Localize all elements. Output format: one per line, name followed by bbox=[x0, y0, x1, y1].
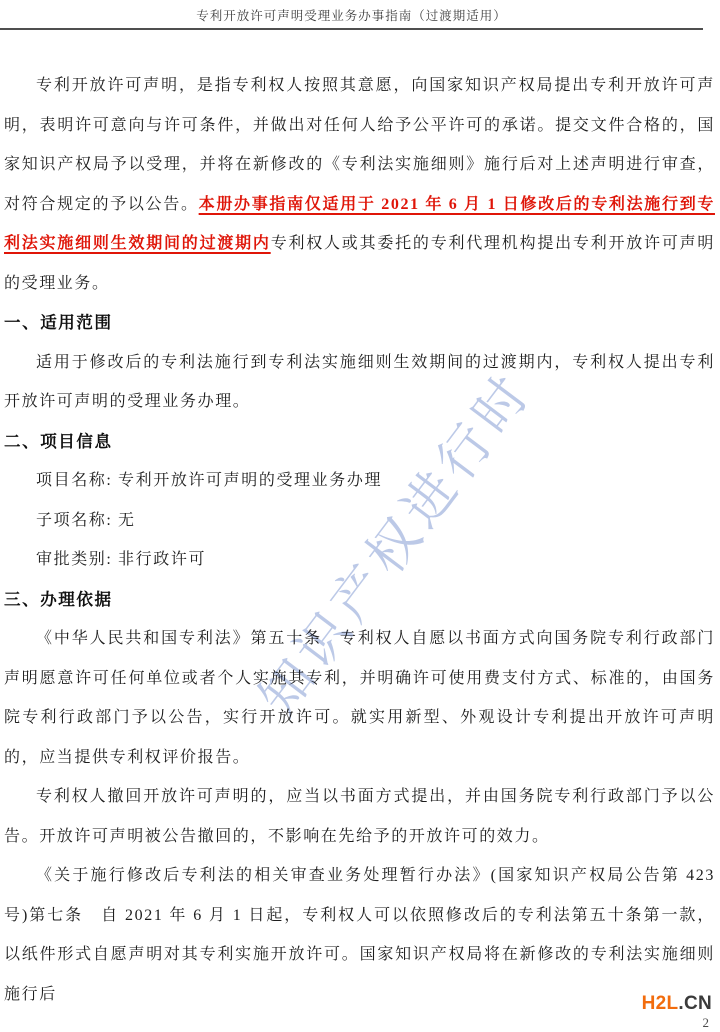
section-heading-scope: 一、适用范围 bbox=[4, 303, 715, 343]
section-heading-project-info: 二、项目信息 bbox=[4, 422, 715, 462]
document-body: 专利开放许可声明，是指专利权人按照其意愿，向国家知识产权局提出专利开放许可声明，… bbox=[0, 30, 720, 1014]
scope-paragraph: 适用于修改后的专利法施行到专利法实施细则生效期间的过渡期内，专利权人提出专利开放… bbox=[4, 343, 715, 422]
site-logo-secondary: .CN bbox=[678, 993, 712, 1014]
document-page: 知识产权进行时 专利开放许可声明受理业务办事指南（过渡期适用） 专利开放许可声明… bbox=[0, 0, 720, 1032]
sub-item-name-line: 子项名称: 无 bbox=[4, 501, 715, 541]
site-logo: H2L.CN bbox=[642, 993, 712, 1015]
legal-basis-paragraph-3: 《关于施行修改后专利法的相关审查业务处理暂行办法》(国家知识产权局公告第 423… bbox=[4, 856, 715, 1014]
site-logo-primary: H2L bbox=[642, 993, 679, 1014]
page-header-title: 专利开放许可声明受理业务办事指南（过渡期适用） bbox=[0, 6, 703, 24]
intro-text-before-highlight: 专利开放许可声明，是指专利权人按照其意愿，向国家知识产权局提出专利开放许可声明，… bbox=[4, 77, 715, 213]
legal-basis-paragraph-1: 《中华人民共和国专利法》第五十条 专利权人自愿以书面方式向国务院专利行政部门声明… bbox=[4, 619, 715, 777]
approval-category-line: 审批类别: 非行政许可 bbox=[4, 540, 715, 580]
legal-basis-paragraph-2: 专利权人撤回开放许可声明的，应当以书面方式提出，并由国务院专利行政部门予以公告。… bbox=[4, 777, 715, 856]
section-heading-legal-basis: 三、办理依据 bbox=[4, 580, 715, 620]
page-number: 2 bbox=[703, 1015, 710, 1031]
intro-paragraph: 专利开放许可声明，是指专利权人按照其意愿，向国家知识产权局提出专利开放许可声明，… bbox=[4, 66, 715, 303]
project-name-line: 项目名称: 专利开放许可声明的受理业务办理 bbox=[4, 461, 715, 501]
page-header: 专利开放许可声明受理业务办事指南（过渡期适用） bbox=[0, 0, 720, 30]
